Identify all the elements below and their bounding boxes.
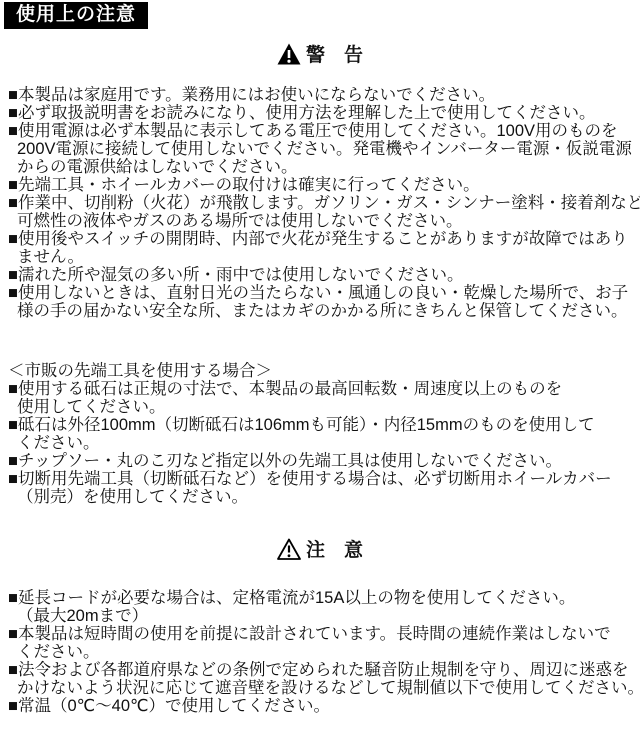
notice-line: ■作業中、切削粉（火花）が飛散します。ガソリン・ガス・シンナー塗料・接着剤などの	[8, 194, 632, 212]
notice-item: ■砥石は外径100mm（切断砥石は106mmも可能）・内径15mmのものを使用し…	[8, 416, 632, 452]
warning-triangle-filled-icon	[277, 43, 301, 72]
notice-item: ■使用後やスイッチの開閉時、内部で火花が発生することがありますが故障ではありませ…	[8, 230, 632, 266]
warning-heading: 警 告	[0, 43, 640, 72]
notice-line: 使用してください。	[8, 398, 632, 416]
notice-line: ■使用しないときは、直射日光の当たらない・風通しの良い・乾燥した場所で、お子	[8, 284, 632, 302]
notice-line: 200V電源に接続して使用しないでください。発電機やインバーター電源・仮説電源	[8, 140, 632, 158]
notice-line: （最大20mまで）	[8, 607, 632, 625]
notice-line: からの電源供給はしないでください。	[8, 158, 632, 176]
notice-item: ■本製品は家庭用です。業務用にはお使いにならないでください。	[8, 86, 632, 104]
notice-item: ■必ず取扱説明書をお読みになり、使用方法を理解した上で使用してください。	[8, 104, 632, 122]
notice-line: ■先端工具・ホイールカバーの取付けは確実に行ってください。	[8, 176, 632, 194]
notice-item: ■法令および各都道府県などの条例で定められた騒音防止規制を守り、周辺に迷惑をかけ…	[8, 661, 632, 697]
accessory-notice-list: ■使用する砥石は正規の寸法で、本製品の最高回転数・周速度以上のものを使用してくだ…	[8, 380, 632, 506]
page-title: 使用上の注意	[4, 2, 148, 29]
notice-line: ■使用電源は必ず本製品に表示してある電圧で使用してください。100V用のものを	[8, 122, 632, 140]
notice-line: ■砥石は外径100mm（切断砥石は106mmも可能）・内径15mmのものを使用し…	[8, 416, 632, 434]
notice-line: ■必ず取扱説明書をお読みになり、使用方法を理解した上で使用してください。	[8, 104, 632, 122]
caution-triangle-outline-icon	[277, 538, 301, 567]
notice-line: ■延長コードが必要な場合は、定格電流が15A以上の物を使用してください。	[8, 589, 632, 607]
notice-line: ください。	[8, 434, 632, 452]
notice-item: ■先端工具・ホイールカバーの取付けは確実に行ってください。	[8, 176, 632, 194]
notice-item: ■本製品は短時間の使用を前提に設計されています。長時間の連続作業はしないでくださ…	[8, 625, 632, 661]
notice-line: ■切断用先端工具（切断砥石など）を使用する場合は、必ず切断用ホイールカバー	[8, 470, 632, 488]
notice-line: ■使用する砥石は正規の寸法で、本製品の最高回転数・周速度以上のものを	[8, 380, 632, 398]
notice-item: ■切断用先端工具（切断砥石など）を使用する場合は、必ず切断用ホイールカバー（別売…	[8, 470, 632, 506]
notice-line: ください。	[8, 643, 632, 661]
caution-heading: 注 意	[0, 538, 640, 567]
notice-line: ■使用後やスイッチの開閉時、内部で火花が発生することがありますが故障ではあり	[8, 230, 632, 248]
caution-notice-list: ■延長コードが必要な場合は、定格電流が15A以上の物を使用してください。（最大2…	[8, 589, 632, 715]
warning-notice-list: ■本製品は家庭用です。業務用にはお使いにならないでください。■必ず取扱説明書をお…	[8, 86, 632, 320]
notice-line: （別売）を使用してください。	[8, 488, 632, 506]
caution-heading-label: 注 意	[306, 540, 363, 561]
warning-heading-label: 警 告	[306, 45, 363, 66]
notice-item: ■延長コードが必要な場合は、定格電流が15A以上の物を使用してください。（最大2…	[8, 589, 632, 625]
notice-item: ■使用電源は必ず本製品に表示してある電圧で使用してください。100V用のものを2…	[8, 122, 632, 176]
notice-line: 可燃性の液体やガスのある場所では使用しないでください。	[8, 212, 632, 230]
notice-item: ■使用する砥石は正規の寸法で、本製品の最高回転数・周速度以上のものを使用してくだ…	[8, 380, 632, 416]
notice-line: ■本製品は家庭用です。業務用にはお使いにならないでください。	[8, 86, 632, 104]
notice-item: ■チップソー・丸のこ刃など指定以外の先端工具は使用しないでください。	[8, 452, 632, 470]
notice-item: ■濡れた所や湿気の多い所・雨中では使用しないでください。	[8, 266, 632, 284]
notice-line: 様の手の届かない安全な所、またはカギのかかる所にきちんと保管してください。	[8, 302, 632, 320]
notice-item: ■作業中、切削粉（火花）が飛散します。ガソリン・ガス・シンナー塗料・接着剤などの…	[8, 194, 632, 230]
notice-item: ■使用しないときは、直射日光の当たらない・風通しの良い・乾燥した場所で、お子様の…	[8, 284, 632, 320]
accessory-subheading: ＜市販の先端工具を使用する場合＞	[8, 362, 632, 380]
precautions-page: 使用上の注意 警 告 ■本製品は家庭用です。業務用にはお使いにならないでください…	[0, 0, 640, 729]
notice-line: かけないよう状況に応じて遮音壁を設けるなどして規制値以下で使用してください。	[8, 679, 632, 697]
notice-line: ■法令および各都道府県などの条例で定められた騒音防止規制を守り、周辺に迷惑を	[8, 661, 632, 679]
notice-line: ■本製品は短時間の使用を前提に設計されています。長時間の連続作業はしないで	[8, 625, 632, 643]
notice-line: ■濡れた所や湿気の多い所・雨中では使用しないでください。	[8, 266, 632, 284]
notice-line: ■チップソー・丸のこ刃など指定以外の先端工具は使用しないでください。	[8, 452, 632, 470]
notice-line: ■常温（0℃～40℃）で使用してください。	[8, 697, 632, 715]
notice-item: ■常温（0℃～40℃）で使用してください。	[8, 697, 632, 715]
notice-line: ません。	[8, 248, 632, 266]
